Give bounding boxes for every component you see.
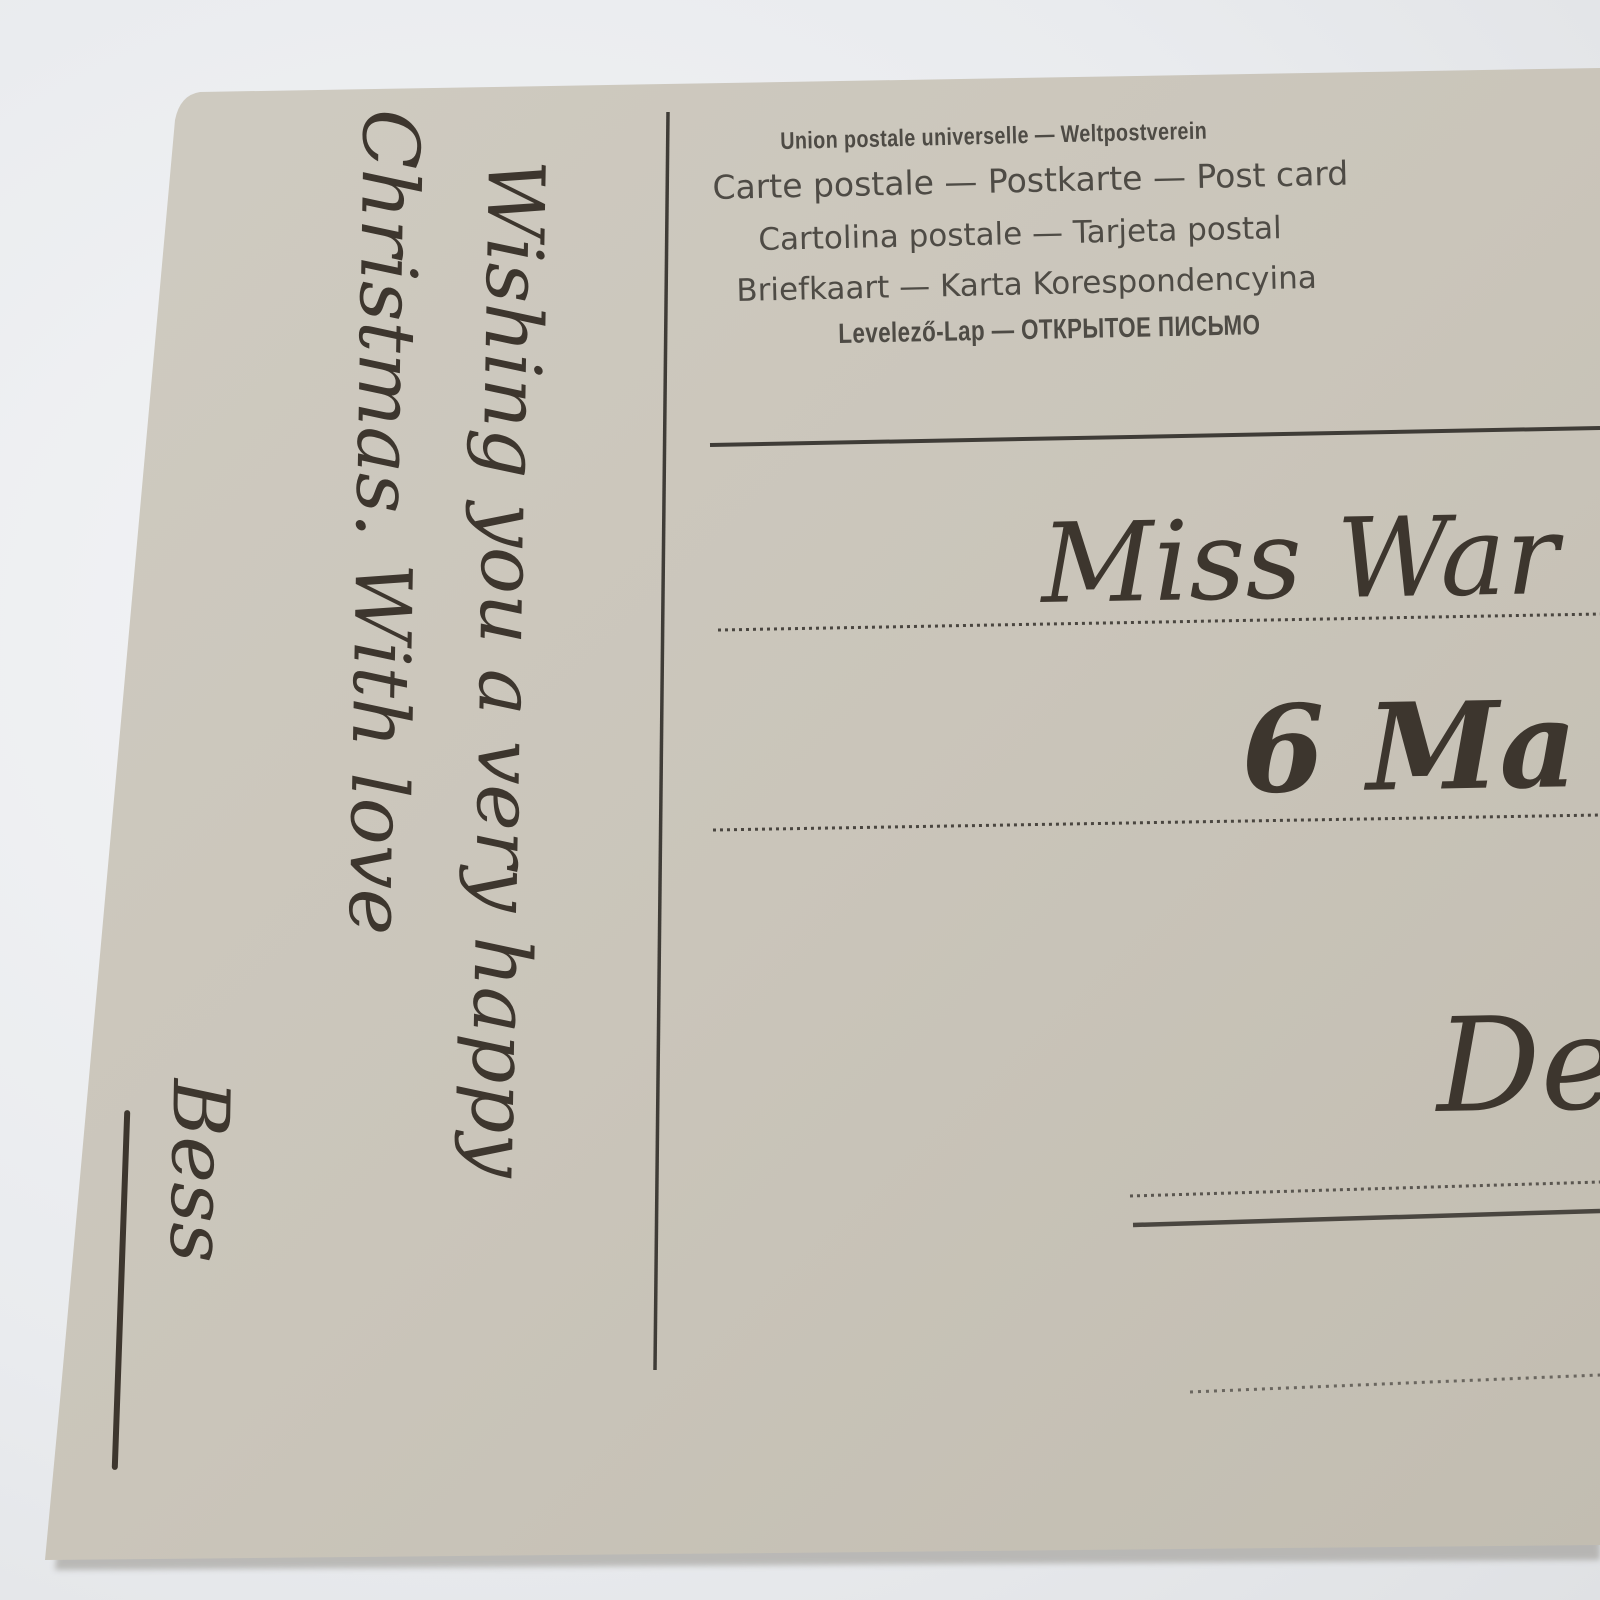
postcard: Union postale universelle — Weltpostvere… xyxy=(0,0,1600,1600)
message-line-2: Christmas. With love xyxy=(331,108,435,935)
address-street: 6 Ma xyxy=(1240,674,1578,821)
address-town: De xyxy=(1435,987,1600,1142)
address-name: Miss War xyxy=(1040,491,1559,628)
message-signature: Bess xyxy=(152,1078,245,1263)
message-line-1: Wishing you a very happy xyxy=(452,158,560,1178)
